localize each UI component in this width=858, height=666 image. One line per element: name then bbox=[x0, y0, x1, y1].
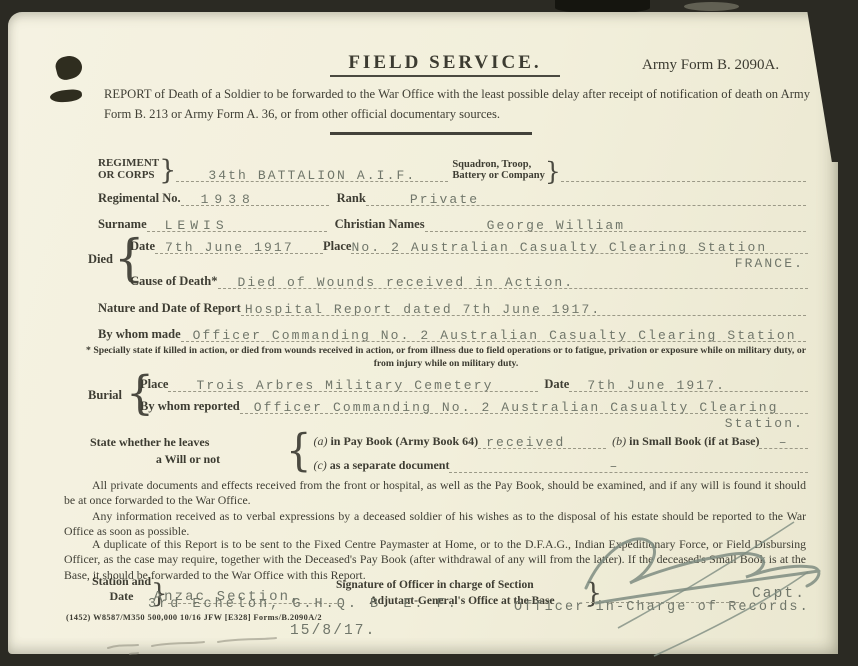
christian-names-field: George William bbox=[425, 218, 806, 232]
will-b-label: in Small Book (if at Base) bbox=[629, 434, 759, 449]
rank-value: Private bbox=[366, 192, 479, 207]
will-a-value: received bbox=[478, 435, 565, 450]
burial-reported-field: Officer Commanding No. 2 Australian Casu… bbox=[240, 400, 808, 414]
asterisk-footnote: * Specially state if killed in action, o… bbox=[86, 345, 806, 371]
died-section: Died { Date 7th June 1917 Place No. 2 Au… bbox=[88, 236, 808, 289]
will-c-value: – bbox=[449, 459, 619, 474]
scan-smudge bbox=[684, 2, 739, 11]
will-c-label: as a separate document bbox=[330, 458, 450, 473]
died-date-field: 7th June 1917 bbox=[155, 240, 323, 254]
burial-place-value: Trois Arbres Military Cemetery bbox=[168, 378, 493, 393]
form-page: FIELD SERVICE. Army Form B. 2090A. REPOR… bbox=[8, 12, 838, 654]
by-whom-made-row: By whom made Officer Commanding No. 2 Au… bbox=[98, 322, 806, 342]
station-label-line2: Date bbox=[92, 589, 151, 604]
squadron-field bbox=[561, 181, 806, 182]
burial-section-label: Burial bbox=[88, 388, 122, 403]
will-a-prefix: (a) bbox=[313, 434, 327, 449]
will-section: State whether he leaves a Will or not { … bbox=[90, 428, 808, 474]
regiment-value: 34th BATTALION A.I.F. bbox=[208, 168, 416, 183]
cause-of-death-label: Cause of Death* bbox=[130, 274, 218, 289]
will-b-prefix: (b) bbox=[612, 434, 626, 449]
burial-reported-line2: Station. bbox=[140, 414, 808, 429]
divider-rule bbox=[330, 132, 532, 135]
ink-blot bbox=[49, 88, 82, 103]
squadron-label: Battery or Company bbox=[452, 170, 545, 182]
nature-of-report-field: Hospital Report dated 7th June 1917. bbox=[241, 302, 806, 316]
footer-date-value: 15/8/17. bbox=[290, 623, 376, 639]
burial-date-value: 7th June 1917. bbox=[569, 378, 726, 393]
surname-field: LEWIS bbox=[147, 218, 327, 232]
will-b-value: – bbox=[779, 435, 789, 450]
regiment-label: REGIMENT bbox=[98, 157, 159, 169]
rank-field: Private bbox=[366, 192, 806, 206]
regiment-field: 34th BATTALION A.I.F. bbox=[176, 168, 448, 182]
regimental-no-value: 1938 bbox=[181, 192, 256, 207]
cause-of-death-row: Cause of Death* Died of Wounds received … bbox=[130, 271, 808, 289]
regimental-no-label: Regimental No. bbox=[98, 191, 181, 206]
burial-place-field: Trois Arbres Military Cemetery bbox=[168, 378, 538, 392]
note-paragraph: Any information received as to verbal ex… bbox=[64, 509, 806, 540]
squadron-label: Squadron, Troop, bbox=[452, 159, 545, 171]
brace: } bbox=[159, 160, 176, 182]
died-date-value: 7th June 1917 bbox=[155, 240, 294, 255]
burial-reported-label: By whom reported bbox=[140, 399, 240, 414]
surname-row: Surname LEWIS Christian Names George Wil… bbox=[98, 210, 806, 232]
will-a-label: in Pay Book (Army Book 64) bbox=[330, 434, 478, 449]
echelon-value: 3rd Echelon, G.H.Q. B. E. F. bbox=[148, 597, 459, 612]
died-country-value: FRANCE. bbox=[735, 256, 804, 271]
regimental-no-field: 1938 bbox=[181, 192, 329, 206]
will-b-field: – bbox=[759, 435, 808, 449]
by-whom-made-value: Officer Commanding No. 2 Australian Casu… bbox=[181, 328, 797, 343]
died-place-line2: FRANCE. bbox=[130, 254, 808, 271]
will-a-field: received bbox=[478, 435, 606, 449]
burial-date-label: Date bbox=[544, 377, 569, 392]
regiment-label: OR CORPS bbox=[98, 169, 159, 181]
died-date-row: Date 7th June 1917 Place No. 2 Australia… bbox=[130, 236, 808, 254]
will-label-line1: State whether he leaves bbox=[90, 434, 286, 451]
records-officer-value: Officer-in-Charge of Records. bbox=[514, 600, 810, 615]
brace: } bbox=[545, 162, 561, 182]
by-whom-made-label: By whom made bbox=[98, 327, 181, 342]
nature-of-report-row: Nature and Date of Report Hospital Repor… bbox=[98, 296, 806, 316]
died-place-label: Place bbox=[323, 239, 351, 254]
will-label-line2: a Will or not bbox=[90, 451, 286, 468]
brace: { bbox=[286, 426, 311, 477]
died-date-label: Date bbox=[130, 239, 155, 254]
will-paybook-row: (a) in Pay Book (Army Book 64) received … bbox=[313, 429, 808, 449]
note-paragraph: All private documents and effects receiv… bbox=[64, 478, 806, 509]
will-separate-row: (c) as a separate document – bbox=[313, 449, 808, 473]
will-c-field: – bbox=[449, 459, 808, 473]
regiment-row: REGIMENT OR CORPS } 34th BATTALION A.I.F… bbox=[98, 146, 806, 182]
surname-value: LEWIS bbox=[147, 218, 229, 233]
signature-label-line1: Signature of Officer in charge of Sectio… bbox=[336, 578, 588, 594]
station-label-line1: Station and bbox=[92, 574, 151, 589]
cause-of-death-field: Died of Wounds received in Action. bbox=[218, 275, 809, 289]
by-whom-made-field: Officer Commanding No. 2 Australian Casu… bbox=[181, 328, 806, 342]
form-title: FIELD SERVICE. bbox=[330, 52, 560, 77]
regimental-no-row: Regimental No. 1938 Rank Private bbox=[98, 184, 806, 206]
note-paragraph: A duplicate of this Report is to be sent… bbox=[64, 537, 806, 583]
nature-of-report-label: Nature and Date of Report bbox=[98, 301, 241, 316]
scanned-document: FIELD SERVICE. Army Form B. 2090A. REPOR… bbox=[0, 0, 858, 666]
nature-of-report-value: Hospital Report dated 7th June 1917. bbox=[241, 302, 601, 317]
burial-section: Burial { Place Trois Arbres Military Cem… bbox=[88, 374, 808, 429]
report-intro-paragraph: REPORT of Death of a Soldier to be forwa… bbox=[104, 85, 810, 124]
burial-place-label: Place bbox=[140, 377, 168, 392]
ink-blot bbox=[54, 53, 85, 82]
died-section-label: Died bbox=[88, 252, 113, 267]
army-form-number: Army Form B. 2090A. bbox=[642, 57, 779, 74]
cause-of-death-value: Died of Wounds received in Action. bbox=[218, 275, 575, 290]
died-place-value: No. 2 Australian Casualty Clearing Stati… bbox=[351, 240, 767, 255]
will-c-prefix: (c) bbox=[313, 458, 326, 473]
burial-reported-row: By whom reported Officer Commanding No. … bbox=[140, 392, 808, 414]
rank-label: Rank bbox=[337, 191, 366, 206]
died-place-field: No. 2 Australian Casualty Clearing Stati… bbox=[351, 240, 808, 254]
burial-date-field: 7th June 1917. bbox=[569, 378, 808, 392]
burial-reported-value: Officer Commanding No. 2 Australian Casu… bbox=[240, 400, 779, 415]
christian-names-value: George William bbox=[425, 218, 626, 233]
christian-names-label: Christian Names bbox=[335, 217, 425, 232]
printer-code: (1452) W8587/M350 500,000 10/16 JFW [E32… bbox=[66, 613, 322, 622]
burial-place-row: Place Trois Arbres Military Cemetery Dat… bbox=[140, 374, 808, 392]
